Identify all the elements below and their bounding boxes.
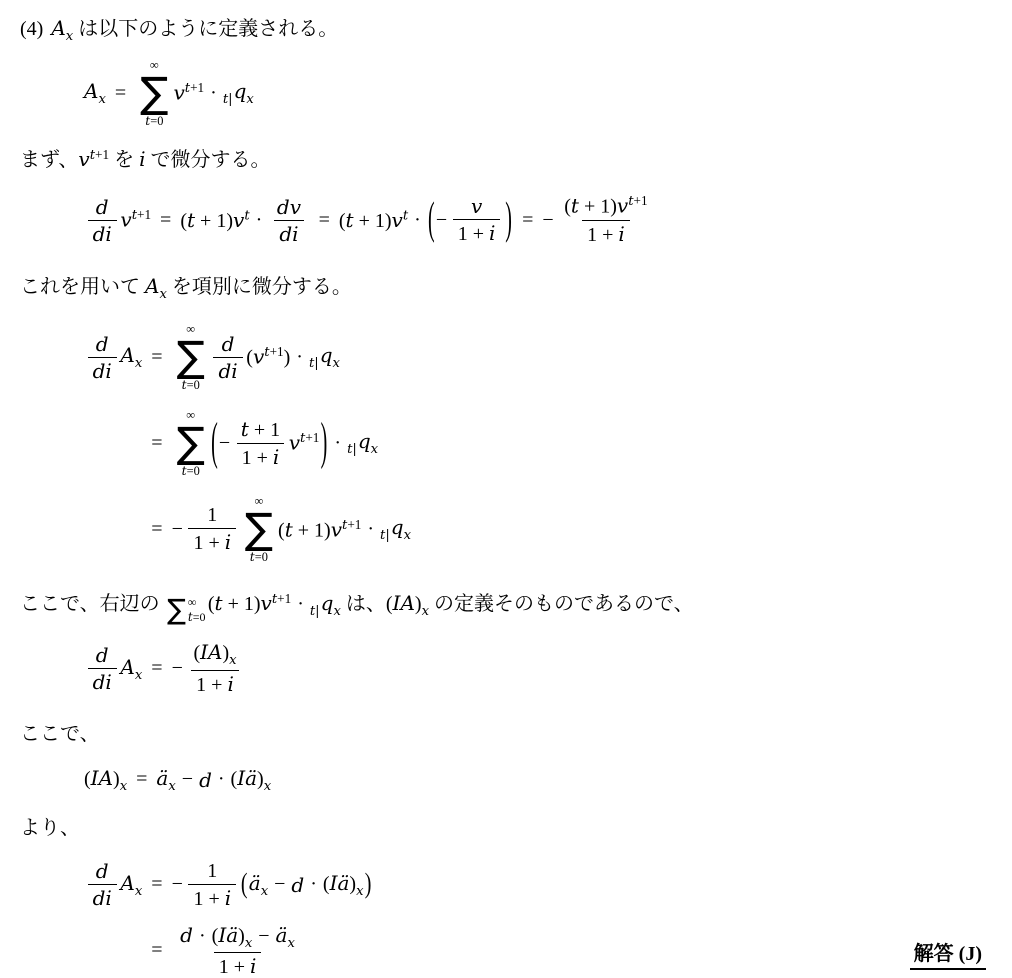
math-A-x: Ax	[120, 871, 142, 899]
rparen: )	[257, 768, 264, 790]
var-d: d	[199, 768, 212, 792]
cdot-operator: ·	[218, 768, 225, 791]
align-left-cell: ddi Ax	[84, 331, 142, 384]
math-deferred-qx: t|qx	[223, 79, 254, 107]
sub-x: x	[229, 653, 236, 668]
presub-t-bar: t|	[310, 604, 320, 619]
presub-t-bar: t|	[309, 356, 319, 371]
sub-x: x	[246, 92, 253, 107]
plus-one: +1	[95, 147, 109, 162]
frac-num-t1v: (t + 1)vt+1	[559, 192, 652, 220]
rparen: )	[415, 593, 422, 615]
math-t1-v-pow-t: (t + 1)vt	[339, 208, 408, 233]
frac-den-1-plus-i: 1 + i	[188, 528, 236, 556]
sub-x: x	[135, 668, 142, 683]
item-number: (4)	[20, 18, 43, 40]
var-q: q	[321, 591, 334, 615]
lparen: (	[84, 768, 91, 790]
math-IA-x: (IA)x	[386, 587, 429, 622]
answer-label: 解答 (J)	[910, 943, 986, 970]
var-v: v	[392, 208, 403, 232]
minus-sign: −	[172, 518, 183, 541]
text-first: まず、	[20, 149, 78, 171]
frac-num-dv: dv	[272, 194, 306, 220]
final-step-1: = − 11 + i ( äx − d · (Iä)x )	[142, 858, 372, 912]
fraction-1-over-1i: 11 + i	[188, 502, 236, 556]
cdot-operator: ·	[199, 925, 206, 947]
summation-display: ∞∑t=0	[140, 57, 168, 129]
equals-sign: =	[151, 518, 162, 541]
plus-1-rparen: + 1)	[579, 196, 617, 218]
sum-lower-limit: t=0	[188, 610, 206, 625]
text-definition-intro: は以下のように定義される。	[73, 18, 338, 40]
presub-t-bar: t|	[223, 92, 233, 107]
cdot-operator: ·	[256, 209, 263, 232]
frac-num-t-plus-1: t + 1	[236, 416, 285, 443]
exponent-t: t	[244, 208, 249, 223]
equals-zero: =0	[187, 464, 200, 478]
text-differentiate: で微分する。	[145, 149, 270, 171]
sum-lower-limit: t=0	[145, 113, 163, 129]
fraction-IA-over-1i: (IA)x1 + i	[188, 639, 241, 697]
step-1: = ∞∑t=0 ddi (vt+1) · t|qx	[142, 321, 411, 393]
frac-den-di: di	[88, 357, 117, 384]
var-A: A	[120, 871, 134, 895]
math-deferred-qx: t|qx	[380, 515, 411, 543]
var-i: i	[250, 954, 256, 978]
math-a-ddot-x: äx	[249, 871, 268, 899]
math-t1-v-pow-t: (t + 1)vt	[180, 208, 249, 233]
exponent-t-plus-1: t+1	[264, 344, 283, 359]
fraction-1-over-1i: 11 + i	[188, 858, 236, 912]
frac-num-final: d·(Iä)x−äx	[175, 922, 300, 952]
sum-upper-infinity: ∞	[188, 595, 206, 610]
sub-x: x	[261, 884, 268, 899]
math-deferred-qx: t|qx	[347, 429, 378, 457]
formula-derivative-of-v: ddi vt+1 = (t + 1)vt · dvdi = (t + 1)vt …	[84, 192, 988, 248]
minus-sign: −	[542, 209, 553, 232]
formula-Ax-definition: Ax = ∞∑t=0 vt+1 · t|qx	[84, 57, 988, 129]
frac-num-one: 1	[202, 858, 222, 884]
var-v: v	[261, 591, 272, 615]
inline-sum-limits: ∞t=0	[188, 595, 206, 625]
var-q: q	[391, 515, 404, 539]
sum-lower-limit: t=0	[182, 463, 200, 479]
math-Ia-ddot-x: (Iä)x	[231, 766, 272, 794]
math-t1-v-pow-t1: (t + 1)vt+1	[208, 587, 291, 620]
big-lparen: (	[241, 868, 248, 901]
cdot-operator: ·	[210, 82, 217, 105]
var-A: A	[51, 16, 65, 40]
var-d: d	[291, 873, 304, 897]
formula-final-result: ddi Ax = − 11 + i ( äx − d · (Iä)x ) = d…	[84, 858, 988, 978]
sub-x: x	[98, 92, 105, 107]
sub-x: x	[371, 442, 378, 457]
minus-sign: −	[436, 209, 447, 232]
plus-one: +1	[270, 344, 284, 359]
var-v: v	[120, 208, 131, 232]
presub-t-bar: t|	[347, 442, 357, 457]
answer-line: 解答 (J)	[910, 937, 986, 966]
fraction-t1v-over-1i: (t + 1)vt+11 + i	[559, 192, 652, 248]
frac-den-1-plus-i: 1 + i	[453, 219, 501, 247]
one-plus: 1 +	[196, 674, 227, 696]
minus-sign: −	[258, 925, 269, 947]
math-Ia-ddot-x: (Iä)x	[323, 871, 364, 899]
frac-den-di: di	[88, 220, 117, 247]
one-plus: 1 +	[193, 532, 224, 554]
var-v: v	[78, 147, 89, 171]
cdot-operator: ·	[334, 432, 341, 455]
math-deferred-qx: t|qx	[310, 587, 341, 622]
cdot-operator: ·	[296, 346, 303, 369]
line-termwise-diff: これを用いて Ax を項別に微分する。	[20, 270, 988, 305]
var-i: i	[227, 672, 233, 696]
fraction-d-di: ddi	[213, 331, 242, 384]
exponent-t-plus-1: t+1	[342, 517, 361, 532]
big-rparen: )	[505, 194, 512, 247]
var-t: t	[241, 417, 249, 441]
exponent-t-plus-1: t+1	[628, 193, 647, 208]
sub-x: x	[333, 356, 340, 371]
equals-sign: =	[151, 432, 162, 455]
equals-sign: =	[151, 939, 162, 962]
var-A: A	[120, 655, 134, 679]
math-IA-x: (IA)x	[84, 766, 127, 794]
var-A: A	[145, 274, 159, 298]
plus-1-rparen: + 1)	[195, 210, 233, 232]
exponent-t: t	[403, 208, 408, 223]
one-plus: 1 +	[458, 223, 489, 245]
frac-den-di: di	[213, 357, 242, 384]
var-t: t	[571, 194, 579, 218]
sub-x: x	[264, 779, 271, 794]
minus-sign: −	[182, 768, 193, 791]
lparen: (	[323, 873, 330, 895]
equals-sign: =	[151, 873, 162, 896]
var-I-a-ddot: Iä	[237, 766, 257, 790]
var-v: v	[289, 431, 300, 455]
math-v-pow-t1: vt+1	[120, 207, 151, 233]
plus-one: +1	[347, 517, 361, 532]
plus-1-rparen: + 1)	[293, 519, 331, 541]
align-left-cell: ddi Ax	[84, 858, 142, 911]
math-a-ddot-x: äx	[156, 766, 175, 794]
step-2: = ∞∑t=0 ( − t + 11 + i vt+1 ) · t|qx	[142, 407, 411, 479]
var-q: q	[320, 343, 333, 367]
math-v-pow-t1: vt+1	[78, 143, 109, 176]
solution-document: (4)Ax は以下のように定義される。 Ax = ∞∑t=0 vt+1 · t|…	[0, 0, 1012, 978]
minus-sign: −	[172, 873, 183, 896]
math-paren-v-t1: (vt+1)	[246, 344, 290, 370]
fraction-d-di: ddi	[88, 858, 117, 911]
formula-derivative-Ax-steps: ddi Ax = ∞∑t=0 ddi (vt+1) · t|qx = ∞∑t=0…	[84, 321, 988, 565]
frac-den-di: di	[274, 220, 303, 247]
var-d: d	[180, 923, 193, 947]
equals-sign: =	[151, 657, 162, 680]
var-t: t	[215, 591, 223, 615]
sigma-icon: ∑	[245, 509, 273, 549]
summation-display: ∞∑t=0	[177, 321, 205, 393]
lparen: (	[246, 347, 253, 369]
math-A-x: Ax	[84, 79, 106, 107]
lparen: (	[564, 196, 571, 218]
one-plus: 1 +	[242, 447, 273, 469]
var-i: i	[273, 445, 279, 469]
text-therefore: より、	[20, 817, 80, 839]
text-here: ここで、	[20, 723, 100, 745]
line-here: ここで、	[20, 718, 988, 750]
line-definition-intro: (4)Ax は以下のように定義される。	[20, 12, 988, 47]
math-A-x: Ax	[120, 655, 142, 683]
var-i: i	[618, 222, 624, 246]
lparen: (	[278, 519, 285, 541]
cdot-operator: ·	[297, 593, 304, 615]
sigma-icon: ∑	[140, 73, 168, 113]
equals-zero: =0	[150, 114, 163, 128]
sub-x: x	[159, 287, 166, 302]
frac-num-d: d	[91, 194, 114, 220]
presub-t-bar: t|	[380, 528, 390, 543]
cdot-operator: ·	[414, 209, 421, 232]
var-t: t	[285, 517, 293, 541]
text-termwise: を項別に微分する。	[167, 276, 352, 298]
var-t: t	[187, 208, 195, 232]
fraction-d-di: ddi	[88, 194, 117, 247]
math-v-pow-t1: vt+1	[173, 80, 204, 106]
exponent-t-plus-1: t+1	[272, 591, 291, 606]
var-v: v	[331, 517, 342, 541]
plus-one: +1	[277, 591, 291, 606]
exponent-t-plus-1: t+1	[185, 80, 204, 95]
minus-sign: −	[274, 873, 285, 896]
var-IA: IA	[91, 766, 113, 790]
math-v-pow-t1: vt+1	[289, 430, 320, 456]
frac-num-one: 1	[202, 502, 222, 528]
frac-num-IA-x: (IA)x	[188, 639, 241, 669]
plus-one-spaced: + 1	[249, 419, 280, 441]
big-lparen: (	[428, 194, 435, 247]
text-here-rhs: ここで、右辺の	[20, 593, 165, 615]
sub-x: x	[333, 604, 340, 619]
sigma-icon: ∑	[177, 423, 205, 463]
final-step-2: = d·(Iä)x−äx1 + i	[142, 922, 372, 978]
cdot-operator: ·	[310, 873, 317, 896]
var-v: v	[253, 345, 264, 369]
equals-zero: =0	[255, 550, 268, 564]
sub-x: x	[422, 604, 429, 619]
rparen: )	[238, 925, 245, 947]
math-A-x: Ax	[120, 343, 142, 371]
frac-num-d: d	[217, 331, 240, 357]
frac-den-1-plus-i: 1 + i	[191, 670, 239, 698]
one-plus: 1 +	[587, 224, 618, 246]
frac-den-1-plus-i: 1 + i	[214, 952, 262, 978]
equals-sign: =	[136, 768, 147, 791]
rparen: )	[284, 347, 291, 369]
one-plus: 1 +	[219, 956, 250, 978]
plus-1-rparen: + 1)	[354, 210, 392, 232]
fraction-t1-over-1i: t + 11 + i	[236, 416, 285, 471]
var-v: v	[617, 194, 628, 218]
equals-zero: =0	[187, 378, 200, 392]
var-IA: IA	[200, 640, 222, 664]
frac-num-d: d	[91, 858, 114, 884]
text-using-this: これを用いて	[20, 276, 145, 298]
text-wo: を	[109, 149, 139, 171]
lparen: (	[208, 593, 215, 615]
var-A: A	[120, 343, 134, 367]
math-A-x: Ax	[145, 270, 167, 305]
frac-den-di: di	[88, 668, 117, 695]
frac-den-1-plus-i: 1 + i	[582, 220, 630, 248]
sub-x: x	[168, 779, 175, 794]
line-differentiate-v: まず、vt+1 を i で微分する。	[20, 143, 988, 176]
lparen: (	[180, 210, 187, 232]
equals-sign: =	[151, 346, 162, 369]
minus-sign: −	[172, 657, 183, 680]
frac-num-d: d	[91, 331, 114, 357]
var-IA: IA	[393, 591, 415, 615]
sub-x: x	[135, 356, 142, 371]
inline-summation: ∑∞t=0	[167, 595, 205, 625]
big-rparen: )	[321, 413, 328, 473]
frac-den-1-plus-i: 1 + i	[188, 884, 236, 912]
sum-lower-limit: t=0	[250, 549, 268, 565]
var-a-ddot: ä	[156, 766, 168, 790]
frac-num-d: d	[91, 642, 114, 668]
sigma-icon: ∑	[177, 337, 205, 377]
fraction-d-di: ddi	[88, 331, 117, 384]
var-i: i	[225, 886, 231, 910]
lparen: (	[339, 210, 346, 232]
rparen: )	[113, 768, 120, 790]
exponent-t-plus-1: t+1	[300, 430, 319, 445]
frac-den-di: di	[88, 884, 117, 911]
big-lparen: (	[211, 413, 218, 473]
summation-display: ∞∑t=0	[245, 493, 273, 565]
line-therefore: より、	[20, 812, 988, 844]
equals-zero: =0	[193, 610, 206, 624]
summation-display: ∞∑t=0	[177, 407, 205, 479]
line-IA-definition-note: ここで、右辺の ∑∞t=0(t + 1)vt+1·t|qx は、(IA)x の定…	[20, 587, 988, 625]
var-i: i	[489, 221, 495, 245]
var-I-a-ddot: Iä	[218, 923, 238, 947]
cdot-operator: ·	[367, 518, 374, 541]
lparen: (	[386, 593, 393, 615]
formula-IA-identity: (IA)x = äx − d · (Iä)x	[84, 766, 988, 794]
fraction-final: d·(Iä)x−äx1 + i	[175, 922, 300, 978]
frac-num-v: v	[466, 193, 487, 219]
sub-x: x	[120, 779, 127, 794]
var-t: t	[346, 208, 354, 232]
fraction-dv-di: dvdi	[272, 194, 306, 247]
math-A-x: Ax	[51, 12, 73, 47]
formula-dAx-IA: ddi Ax = − (IA)x1 + i	[84, 639, 988, 697]
sub-x: x	[356, 884, 363, 899]
exponent-t-plus-1: t+1	[132, 207, 151, 222]
text-definition-itself: の定義そのものであるので、	[429, 593, 694, 615]
minus-sign: −	[219, 432, 230, 455]
var-q: q	[358, 429, 371, 453]
exponent-t-plus-1: t+1	[90, 147, 109, 162]
frac-den-1-plus-i: 1 + i	[237, 443, 285, 471]
equals-sign: =	[319, 209, 330, 232]
sub-x: x	[287, 936, 294, 951]
plus-one: +1	[137, 207, 151, 222]
sub-x: x	[245, 936, 252, 951]
var-q: q	[234, 79, 247, 103]
var-v: v	[173, 81, 184, 105]
sigma-icon: ∑	[167, 596, 186, 624]
sub-x: x	[404, 528, 411, 543]
big-rparen: )	[365, 868, 372, 901]
plus-1-rparen: + 1)	[223, 593, 261, 615]
var-a-ddot: ä	[276, 923, 288, 947]
fraction-v-over-1i: v1 + i	[453, 193, 501, 247]
sum-lower-limit: t=0	[182, 377, 200, 393]
plus-one: +1	[634, 193, 648, 208]
step-3: = − 11 + i ∞∑t=0 (t + 1)vt+1 · t|qx	[142, 493, 411, 565]
plus-one: +1	[305, 430, 319, 445]
var-A: A	[84, 79, 98, 103]
var-a-ddot: ä	[249, 871, 261, 895]
var-I-a-ddot: Iä	[330, 871, 350, 895]
equals-sign: =	[522, 209, 533, 232]
var-v: v	[233, 208, 244, 232]
plus-one: +1	[190, 80, 204, 95]
one-plus: 1 +	[193, 888, 224, 910]
sub-x: x	[135, 884, 142, 899]
math-t1-v-pow-t1: (t + 1)vt+1	[278, 517, 361, 543]
equals-sign: =	[160, 209, 171, 232]
math-deferred-qx: t|qx	[309, 343, 340, 371]
text-wa: は、	[341, 593, 386, 615]
equals-sign: =	[115, 82, 126, 105]
fraction-d-di: ddi	[88, 642, 117, 695]
var-i: i	[225, 530, 231, 554]
